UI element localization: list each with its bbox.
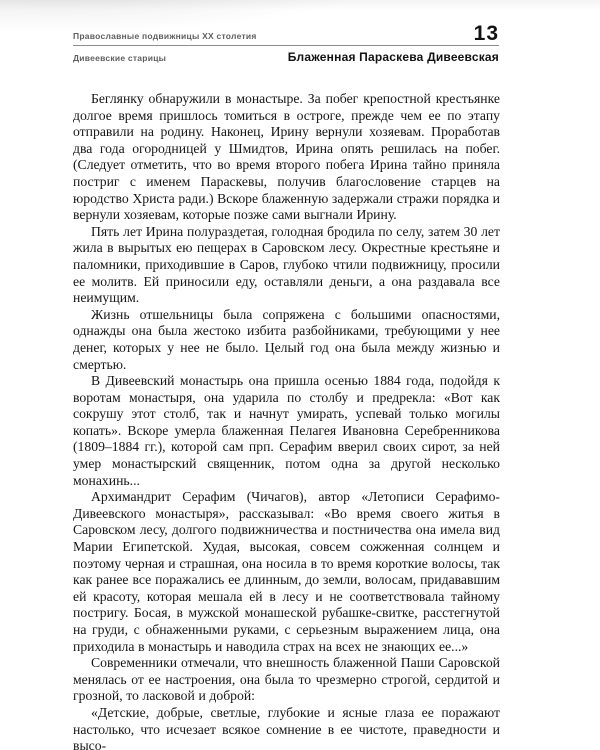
body-paragraph: Архимандрит Серафим (Чичагов), автор «Ле… [73,489,500,655]
body-paragraph: Пять лет Ирина полураздетая, голодная бр… [73,224,500,307]
page-number: 13 [474,25,499,43]
running-book-title: Православные подвижницы XX столетия [73,31,257,43]
body-paragraph: В Дивеевский монастырь она пришла осенью… [73,373,500,489]
header-row-bottom: Дивеевские старицы Блаженная Параскева Д… [73,46,499,64]
page-body-text: Беглянку обнаружили в монастыре. За побе… [73,91,500,750]
body-paragraph: «Детские, добрые, светлые, глубокие и яс… [73,705,500,750]
book-page: Православные подвижницы XX столетия 13 Д… [0,0,600,750]
body-paragraph: Современники отмечали, что внешность бла… [73,655,500,705]
page-header: Православные подвижницы XX столетия 13 Д… [73,25,499,64]
chapter-title: Блаженная Параскева Дивеевская [288,50,499,64]
body-paragraph: Беглянку обнаружили в монастыре. За побе… [73,91,500,224]
body-paragraph: Жизнь отшельницы была сопряжена с больши… [73,307,500,373]
header-row-top: Православные подвижницы XX столетия 13 [73,25,499,46]
section-title: Дивеевские старицы [73,53,166,63]
